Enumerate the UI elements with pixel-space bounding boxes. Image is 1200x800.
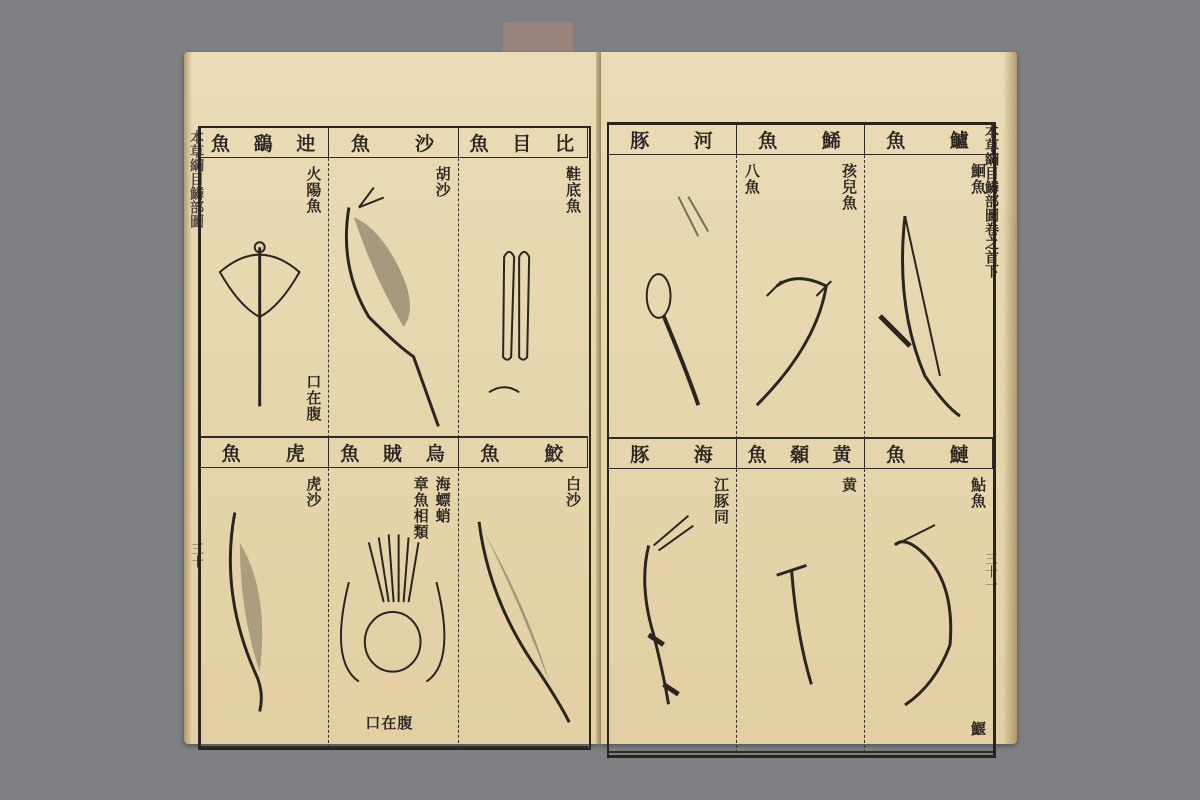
header-cell: 鮫 魚: [459, 438, 588, 468]
header-char: 魚: [222, 439, 243, 466]
header-char: 魚: [470, 129, 491, 156]
figure-cell-flatfish: 鞋底魚: [459, 158, 588, 438]
header-char: 迚: [296, 129, 317, 156]
header-char: 魚: [340, 439, 361, 466]
header-char: 黄: [832, 440, 853, 467]
figure-cell-dolphin: 江豚同: [609, 469, 737, 753]
header-char: 魚: [886, 126, 907, 153]
figure-cell-salamander: 孩兒魚 八魚: [737, 155, 865, 439]
right-page: 本草綱目鱗部圖卷之首下 三十一 河 豚 鯑 魚 鱸 魚 孩兒魚 八魚: [601, 52, 1017, 744]
header-char: 鯑: [822, 126, 843, 153]
long-fish-icon: [865, 155, 993, 437]
figure-cell-longfish: 鮰魚: [865, 155, 993, 439]
header-char: 豚: [630, 126, 651, 153]
figure-cell-yellowcheek: 黄𩶱: [737, 469, 865, 753]
figure-cell-catfish: 鮎魚 鰋: [865, 469, 993, 753]
figure-cell-squid: 海螵蛸 章魚相類 口在腹: [329, 468, 458, 748]
header-char: 魚: [748, 440, 769, 467]
yellowcheek-icon: [737, 469, 864, 751]
flatfish-pair-icon: [459, 158, 588, 436]
figure-cell-tigerfish: 虎沙: [200, 468, 329, 748]
header-char: 目: [512, 129, 533, 156]
header-char: 鰱: [950, 440, 971, 467]
header-cell: 烏 賊 魚: [329, 438, 458, 468]
sawfish-icon: [329, 158, 457, 436]
header-char: 烏: [426, 439, 447, 466]
header-char: 魚: [480, 439, 501, 466]
figure-cell-shark: 白沙: [459, 468, 588, 748]
header-cell: 黄 顙 魚: [737, 439, 865, 469]
header-cell: 海 豚: [609, 439, 737, 469]
catfish-icon: [865, 469, 993, 751]
header-cell: 河 豚: [609, 125, 737, 155]
tigerfish-icon: [200, 468, 328, 746]
header-cell: 鱸 魚: [865, 125, 993, 155]
header-char: 魚: [758, 126, 779, 153]
header-char: 魚: [211, 129, 232, 156]
header-char: 河: [694, 126, 715, 153]
header-char: 賊: [383, 439, 404, 466]
header-char: 魚: [886, 440, 907, 467]
header-char: 鮫: [544, 439, 565, 466]
left-grid: 迚 鷂 魚 沙 魚 比 目 魚 火陽魚 口在腹 胡沙: [200, 128, 588, 748]
header-cell: 鯑 魚: [737, 125, 865, 155]
header-cell: 沙 魚: [329, 128, 458, 158]
header-char: 海: [694, 440, 715, 467]
header-char: 豚: [630, 440, 651, 467]
header-cell: 迚 鷂 魚: [200, 128, 329, 158]
figure-cell-pufferfish: [609, 155, 737, 439]
dolphin-icon: [609, 469, 736, 751]
header-char: 鷂: [254, 129, 275, 156]
header-char: 魚: [351, 129, 372, 156]
shark-icon: [459, 468, 588, 746]
header-char: 鱸: [950, 126, 971, 153]
header-char: 顙: [790, 440, 811, 467]
left-page: 本草綱目鱗部圖 三十 迚 鷂 魚 沙 魚 比 目 魚 火陽魚 口在腹: [184, 52, 598, 744]
pufferfish-icon: [609, 155, 736, 437]
header-cell: 虎 魚: [200, 438, 329, 468]
header-char: 比: [555, 129, 576, 156]
header-cell: 比 目 魚: [459, 128, 588, 158]
figure-cell-sawfish: 胡沙: [329, 158, 458, 438]
header-char: 虎: [286, 439, 307, 466]
right-grid: 河 豚 鯑 魚 鱸 魚 孩兒魚 八魚 鮰魚: [609, 125, 993, 753]
squid-icon: [329, 468, 457, 746]
header-cell: 鰱 魚: [865, 439, 993, 469]
figure-cell-ray: 火陽魚 口在腹: [200, 158, 329, 438]
ray-icon: [200, 158, 328, 436]
header-char: 沙: [415, 129, 436, 156]
salamander-fish-icon: [737, 155, 864, 437]
